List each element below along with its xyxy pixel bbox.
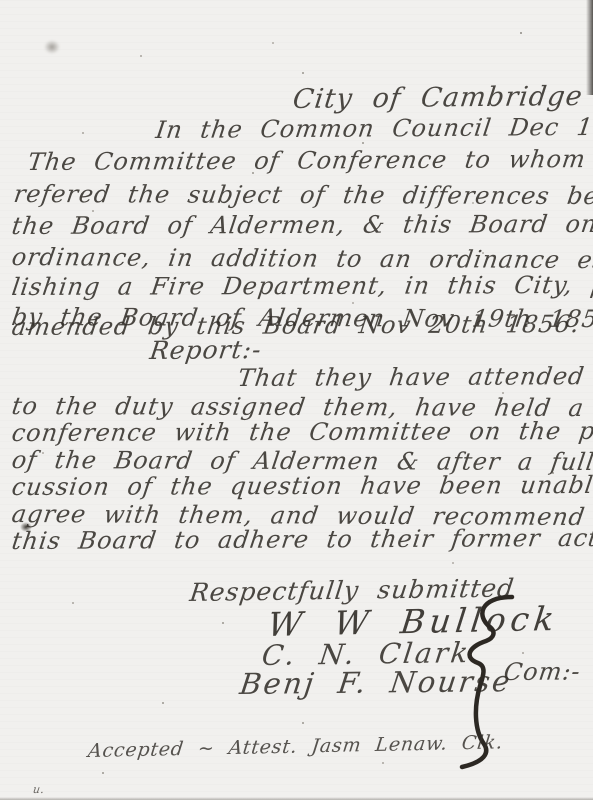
body-line: cussion of the question have been unable… [10, 473, 593, 499]
body-line: this Board to adhere to their former act… [10, 526, 593, 553]
body-line: refered the subject of the differences b… [12, 182, 593, 208]
body-line: That they have attended [236, 364, 586, 390]
body-line: conference with the Committee on the par… [10, 419, 593, 445]
heading-city: City of Cambridge [291, 83, 584, 113]
body-line: amended by this Board Nov 20th 1856. [10, 312, 581, 339]
report-label: Report:- [148, 337, 263, 363]
scan-noise [0, 0, 2, 2]
body-line: The Committee of Conference to whom was [26, 147, 593, 174]
acceptance-note: Accepted ~ Attest. Jasm Lenaw. Clk. [87, 733, 504, 761]
scan-smudge [44, 40, 60, 54]
document-page: City of Cambridge In the Common Council … [0, 0, 593, 800]
body-line: to the duty assigned them, have held a [10, 394, 586, 420]
body-line: ordinance, in addition to an ordinance e… [10, 245, 593, 272]
heading-council-date: In the Common Council Dec 18th/1856 [154, 114, 593, 142]
body-line: lishing a Fire Department, in this City,… [10, 273, 593, 299]
scan-edge [586, 0, 593, 95]
body-line: the Board of Aldermen, & this Board on t… [10, 212, 593, 238]
page-mark: u. [32, 784, 45, 795]
committee-label: Com:- [502, 659, 582, 684]
